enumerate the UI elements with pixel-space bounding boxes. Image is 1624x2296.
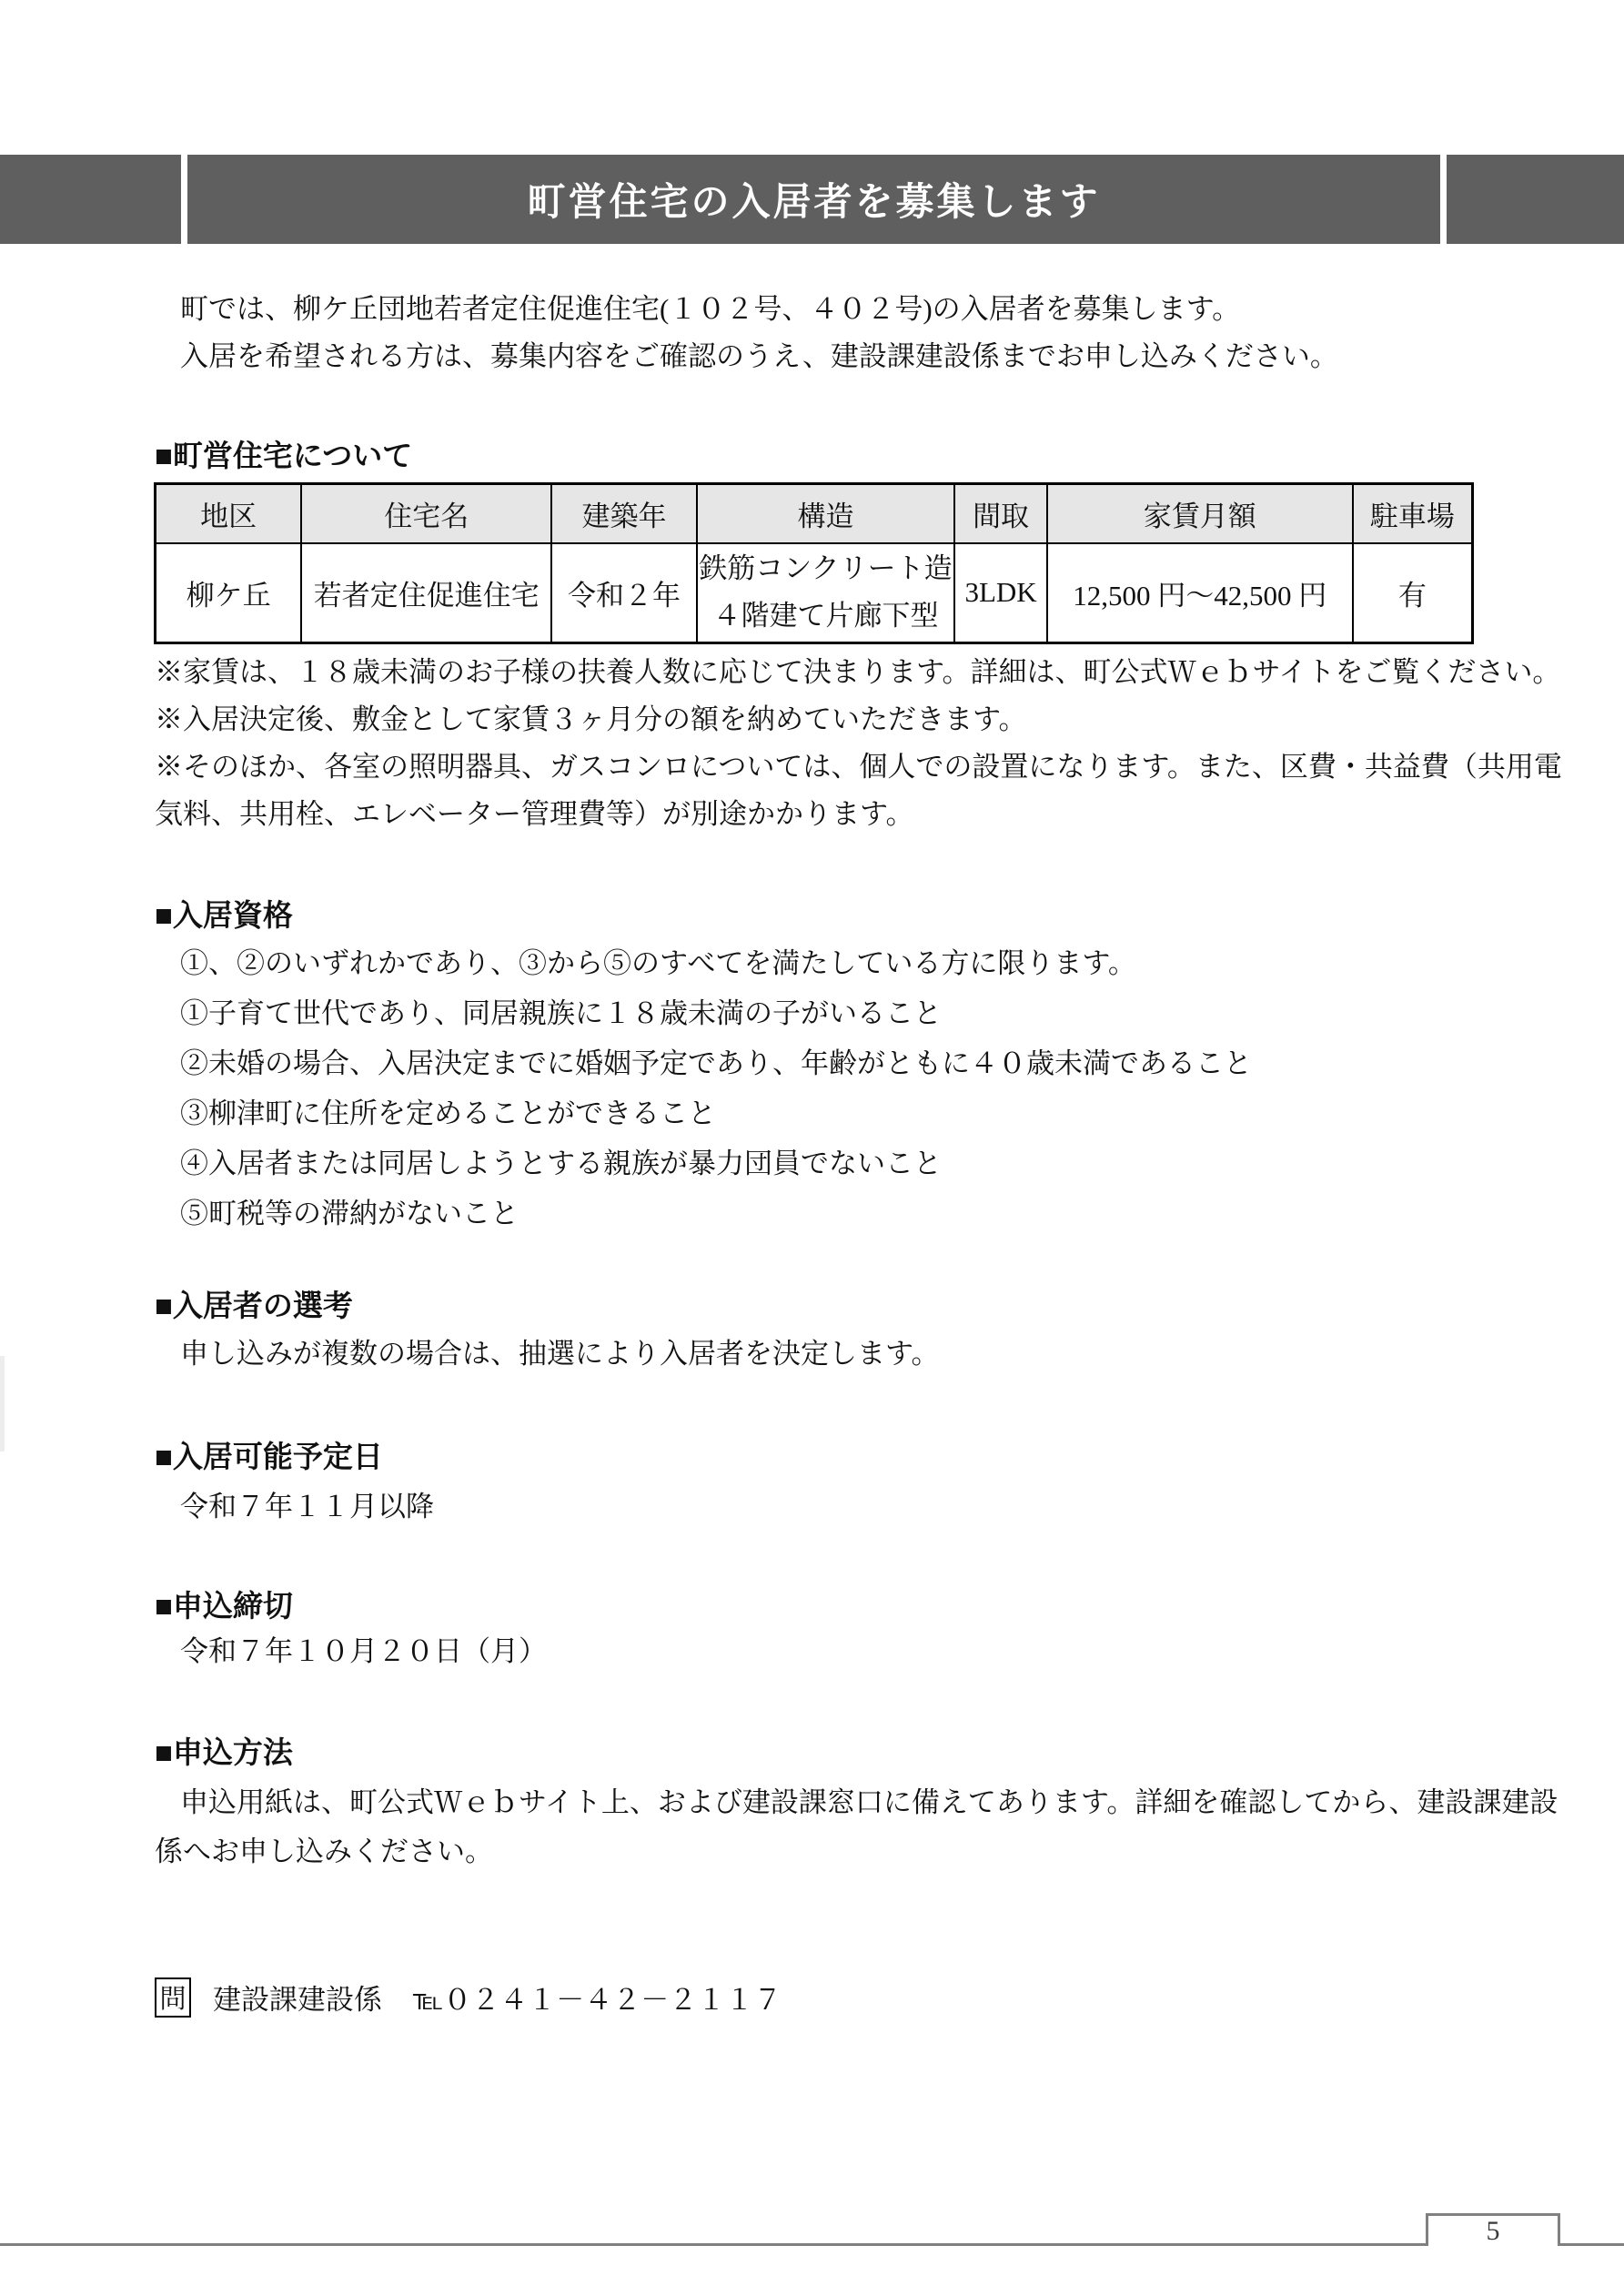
col-header-district: 地区 — [156, 484, 302, 543]
inquiry-box-label: 問 — [155, 1977, 191, 2018]
selection-body: 申し込みが複数の場合は、抽選により入居者を決定します。 — [155, 1330, 940, 1378]
section-heading-method: ■申込方法 — [155, 1736, 293, 1769]
cell-parking: 有 — [1353, 543, 1473, 643]
note-line: ※そのほか、各室の照明器具、ガスコンロについては、個人での設置になります。また、… — [155, 743, 1562, 791]
contact-row: 問 建設課建設係 ℡０２４１－４２－２１１７ — [155, 1977, 782, 2018]
footer-rule-left — [0, 2243, 1426, 2246]
contact-department: 建設課建設係 — [213, 1977, 382, 2018]
page-title: 町営住宅の入居者を募集します — [527, 172, 1100, 227]
footer-rule-right — [1560, 2243, 1624, 2246]
intro-line: 入居を希望される方は、募集内容をご確認のうえ、建設課建設係までお申し込みください… — [155, 333, 1338, 380]
note-line: ※家賃は、１８歳未満のお子様の扶養人数に応じて決まります。詳細は、町公式Ｗｅｂサ… — [155, 649, 1562, 696]
banner-right-block — [1447, 155, 1624, 244]
section-heading-eligibility: ■入居資格 — [155, 899, 293, 932]
cell-built-year: 令和２年 — [551, 543, 696, 643]
col-header-name: 住宅名 — [301, 484, 551, 543]
housing-table: 地区 住宅名 建築年 構造 間取 家賃月額 駐車場 柳ケ丘 若者定住促進住宅 令… — [154, 482, 1474, 644]
header-banner: 町営住宅の入居者を募集します — [0, 155, 1624, 244]
move-in-body: 令和７年１１月以降 — [155, 1483, 434, 1531]
banner-divider-right — [1440, 155, 1447, 244]
col-header-built-year: 建築年 — [551, 484, 696, 543]
deadline-body: 令和７年１０月２０日（月） — [155, 1628, 547, 1675]
left-edge-strip — [0, 1356, 5, 1451]
col-header-rent: 家賃月額 — [1047, 484, 1353, 543]
note-line: ※入居決定後、敷金として家賃３ヶ月分の額を納めていただきます。 — [155, 696, 1562, 743]
col-header-parking: 駐車場 — [1353, 484, 1473, 543]
cell-structure: 鉄筋コンクリート造 ４階建て片廊下型 — [697, 543, 955, 643]
cell-layout: 3LDK — [954, 543, 1046, 643]
eligibility-line: ②未婚の場合、入居決定までに婚姻予定であり、年齢がともに４０歳未満であること — [155, 1038, 1252, 1088]
eligibility-line: ③柳津町に住所を定めることができること — [155, 1088, 1252, 1138]
method-line: 係へお申し込みください。 — [155, 1827, 1558, 1876]
cell-name: 若者定住促進住宅 — [301, 543, 551, 643]
eligibility-line: ①子育て世代であり、同居親族に１８歳未満の子がいること — [155, 988, 1252, 1038]
table-header-row: 地区 住宅名 建築年 構造 間取 家賃月額 駐車場 — [156, 484, 1473, 543]
intro-paragraph: 町では、柳ケ丘団地若者定住促進住宅(１０２号、４０２号)の入居者を募集します。 … — [155, 286, 1338, 380]
method-line: 申込用紙は、町公式Ｗｅｂサイト上、および建設課窓口に備えてあります。詳細を確認し… — [155, 1778, 1558, 1827]
section-heading-selection: ■入居者の選考 — [155, 1290, 353, 1322]
eligibility-line: ⑤町税等の滞納がないこと — [155, 1188, 1252, 1239]
housing-notes: ※家賃は、１８歳未満のお子様の扶養人数に応じて決まります。詳細は、町公式Ｗｅｂサ… — [155, 649, 1562, 838]
banner-divider-left — [181, 155, 187, 244]
eligibility-line: ④入居者または同居しようとする親族が暴力団員でないこと — [155, 1138, 1252, 1188]
structure-line: 鉄筋コンクリート造 — [698, 545, 954, 592]
table-row: 柳ケ丘 若者定住促進住宅 令和２年 鉄筋コンクリート造 ４階建て片廊下型 3LD… — [156, 543, 1473, 643]
page-number-tab: 5 — [1426, 2213, 1560, 2246]
eligibility-line: ①、②のいずれかであり、③から⑤のすべてを満たしている方に限ります。 — [155, 938, 1252, 988]
section-heading-housing: ■町営住宅について — [155, 440, 412, 472]
structure-line: ４階建て片廊下型 — [698, 592, 954, 640]
note-line: 気料、共用栓、エレベーター管理費等）が別途かかります。 — [155, 791, 1562, 838]
cell-district: 柳ケ丘 — [156, 543, 302, 643]
contact-tel: ℡０２４１－４２－２１１７ — [413, 1977, 782, 2018]
col-header-structure: 構造 — [697, 484, 955, 543]
cell-rent: 12,500 円～42,500 円 — [1047, 543, 1353, 643]
banner-left-block — [0, 155, 181, 244]
section-heading-deadline: ■申込締切 — [155, 1590, 293, 1623]
intro-line: 町では、柳ケ丘団地若者定住促進住宅(１０２号、４０２号)の入居者を募集します。 — [155, 286, 1338, 333]
section-heading-move-in: ■入居可能予定日 — [155, 1441, 383, 1473]
banner-title-block: 町営住宅の入居者を募集します — [187, 155, 1440, 244]
eligibility-list: ①、②のいずれかであり、③から⑤のすべてを満たしている方に限ります。 ①子育て世… — [155, 938, 1252, 1239]
method-body: 申込用紙は、町公式Ｗｅｂサイト上、および建設課窓口に備えてあります。詳細を確認し… — [155, 1778, 1558, 1876]
col-header-layout: 間取 — [954, 484, 1046, 543]
page-number: 5 — [1487, 2216, 1500, 2247]
